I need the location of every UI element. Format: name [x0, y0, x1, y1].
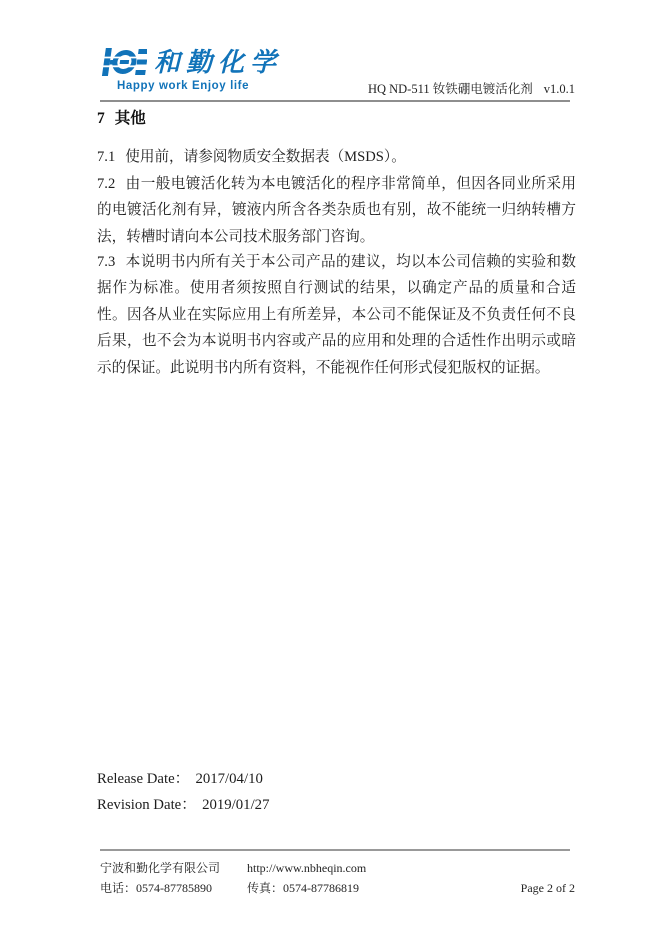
footer-divider — [100, 849, 570, 851]
footer-website: http://www.nbheqin.com — [247, 861, 366, 876]
company-name-logo-text: 和勤化学 — [154, 47, 282, 77]
fax-label: 传真： — [247, 881, 283, 895]
section-heading: 7其他 — [97, 106, 146, 128]
paragraph-number: 7.1 — [97, 149, 115, 165]
revision-date-value: 2019/01/27 — [202, 797, 269, 813]
page-number: Page 2 of 2 — [521, 881, 575, 896]
paragraph-7-1: 7.1使用前，请参阅物质安全数据表（MSDS）。 — [97, 144, 576, 171]
revision-date-line: Revision Date：2019/01/27 — [97, 795, 269, 815]
footer-company-name: 宁波和勤化学有限公司 — [100, 861, 220, 876]
paragraph-7-3: 7.3本说明书内所有关于本公司产品的建议，均以本公司信赖的实验和数据作为标准。使… — [97, 249, 576, 382]
phone-number: 0574-87785890 — [136, 881, 212, 895]
document-page: 和勤化学 Happy work Enjoy life HQ ND-511 钕铁硼… — [0, 0, 671, 950]
footer-fax: 传真：0574-87786819 — [247, 881, 359, 896]
release-date-colon: ： — [175, 771, 190, 787]
revision-date-colon: ： — [181, 797, 196, 813]
paragraph-7-2: 7.2由一般电镀活化转为本电镀活化的程序非常简单，但因各同业所采用的电镀活化剂有… — [97, 171, 576, 251]
release-date-label: Release Date — [97, 771, 175, 787]
doc-title: HQ ND-511 钕铁硼电镀活化剂 — [368, 82, 533, 96]
release-date-line: Release Date：2017/04/10 — [97, 769, 263, 789]
paragraph-text: 本说明书内所有关于本公司产品的建议，均以本公司信赖的实验和数据作为标准。使用者须… — [97, 254, 576, 376]
phone-label: 电话： — [100, 881, 136, 895]
paragraph-text: 使用前，请参阅物质安全数据表（MSDS）。 — [125, 149, 406, 165]
section-title: 其他 — [115, 110, 146, 127]
header-divider — [100, 100, 570, 102]
paragraph-number: 7.3 — [97, 254, 115, 270]
release-date-value: 2017/04/10 — [195, 771, 262, 787]
fax-number: 0574-87786819 — [283, 881, 359, 895]
footer-phone: 电话：0574-87785890 — [100, 881, 212, 896]
doc-version: v1.0.1 — [544, 82, 575, 96]
document-reference: HQ ND-511 钕铁硼电镀活化剂v1.0.1 — [368, 79, 575, 97]
company-logo: 和勤化学 — [100, 47, 282, 77]
paragraph-number: 7.2 — [97, 176, 115, 192]
hqe-logo-icon — [100, 47, 147, 77]
paragraph-text: 由一般电镀活化转为本电镀活化的程序非常简单，但因各同业所采用的电镀活化剂有异，镀… — [97, 176, 576, 245]
revision-date-label: Revision Date — [97, 797, 181, 813]
section-number: 7 — [97, 110, 105, 127]
company-tagline: Happy work Enjoy life — [117, 80, 249, 92]
